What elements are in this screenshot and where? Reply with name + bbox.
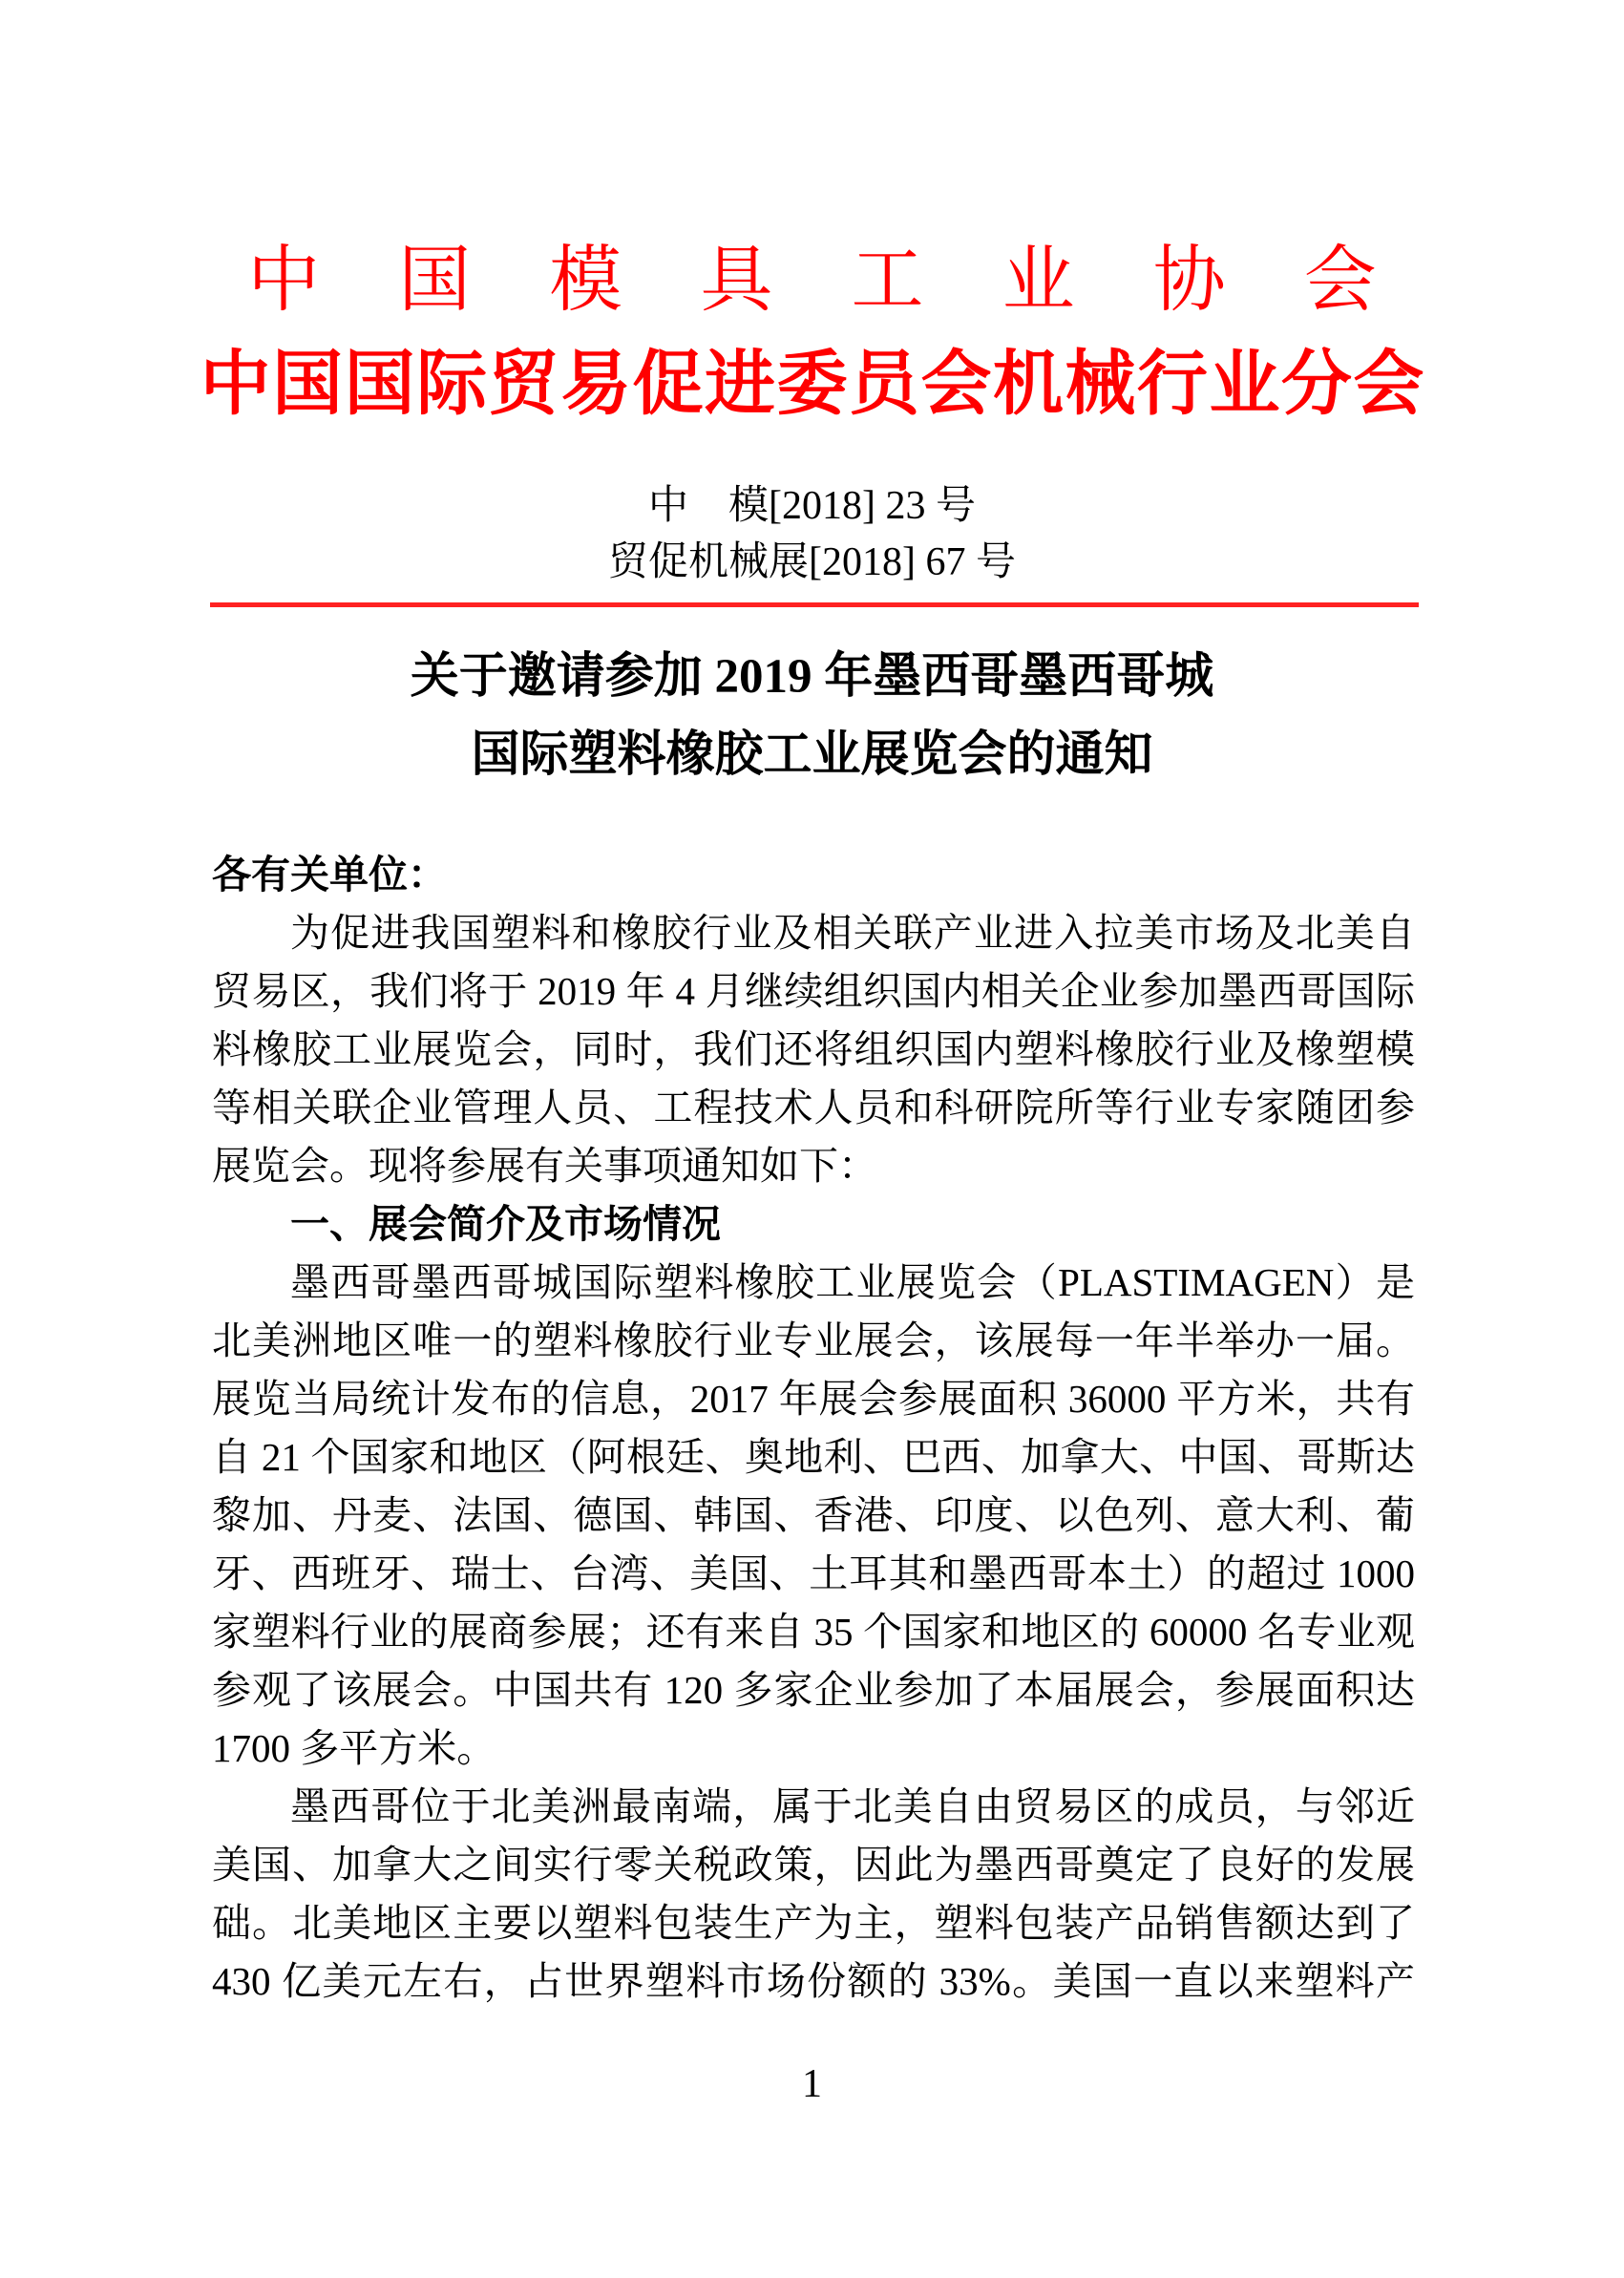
body-line: 等相关联企业管理人员、工程技术人员和科研院所等行业专家随团参观 <box>212 1079 1415 1137</box>
doc-number-line-1: 中 模[2018] 23 号 <box>0 478 1624 535</box>
body-line: 一、展会简介及市场情况 <box>212 1195 1415 1254</box>
salutation: 各有关单位： <box>212 846 1415 904</box>
body-line: 为促进我国塑料和橡胶行业及相关联产业进入拉美市场及北美自由 <box>212 904 1415 962</box>
body-line: 墨西哥墨西哥城国际塑料橡胶工业展览会（PLASTIMAGEN）是中 <box>212 1254 1415 1312</box>
body-line: 参观了该展会。中国共有 120 多家企业参加了本届展会，参展面积达 <box>212 1661 1415 1719</box>
body-line: 1700 多平方米。 <box>212 1719 1415 1778</box>
body-line: 黎加、丹麦、法国、德国、韩国、香港、印度、以色列、意大利、葡萄 <box>212 1487 1415 1545</box>
notice-title-line-2: 国际塑料橡胶工业展览会的通知 <box>0 716 1624 794</box>
body-line: 贸易区，我们将于 2019 年 4 月继续组织国内相关企业参加墨西哥国际塑 <box>212 962 1415 1021</box>
letterhead-org-2: 中国国际贸易促进委员会机械行业分会 <box>0 344 1624 427</box>
body-line: 础。北美地区主要以塑料包装生产为主，塑料包装产品销售额达到了 <box>212 1894 1415 1952</box>
body-line: 北美洲地区唯一的塑料橡胶行业专业展会，该展每一年半举办一届。据 <box>212 1312 1415 1370</box>
red-divider <box>210 602 1419 607</box>
body-text: 各有关单位： 为促进我国塑料和橡胶行业及相关联产业进入拉美市场及北美自由贸易区，… <box>212 846 1415 2011</box>
body-line: 墨西哥位于北美洲最南端，属于北美自由贸易区的成员，与邻近的 <box>212 1778 1415 1836</box>
body-line: 自 21 个国家和地区（阿根廷、奥地利、巴西、加拿大、中国、哥斯达 <box>212 1428 1415 1487</box>
doc-number-line-2: 贸促机械展[2018] 67 号 <box>0 535 1624 591</box>
notice-title: 关于邀请参加 2019 年墨西哥墨西哥城 国际塑料橡胶工业展览会的通知 <box>0 638 1624 794</box>
notice-title-line-1: 关于邀请参加 2019 年墨西哥墨西哥城 <box>0 638 1624 716</box>
body-line: 美国、加拿大之间实行零关税政策，因此为墨西哥奠定了良好的发展基 <box>212 1836 1415 1894</box>
doc-number-block: 中 模[2018] 23 号 贸促机械展[2018] 67 号 <box>0 478 1624 591</box>
document-page: 中国模具工业协会 中国国际贸易促进委员会机械行业分会 中 模[2018] 23 … <box>0 0 1624 2278</box>
body-line: 展览会。现将参展有关事项通知如下： <box>212 1137 1415 1195</box>
body-line: 430 亿美元左右，占世界塑料市场份额的 33%。美国一直以来塑料产量 <box>212 1952 1415 2011</box>
body-line: 料橡胶工业展览会，同时，我们还将组织国内塑料橡胶行业及橡塑模具 <box>212 1021 1415 1079</box>
body-line: 展览当局统计发布的信息，2017 年展会参展面积 36000 平方米，共有来 <box>212 1370 1415 1428</box>
letterhead-org-1: 中国模具工业协会 <box>0 241 1624 322</box>
body-line: 家塑料行业的展商参展；还有来自 35 个国家和地区的 60000 名专业观众 <box>212 1603 1415 1661</box>
body-line: 牙、西班牙、瑞士、台湾、美国、土耳其和墨西哥本土）的超过 1000 <box>212 1545 1415 1603</box>
page-number: 1 <box>0 2060 1624 2108</box>
